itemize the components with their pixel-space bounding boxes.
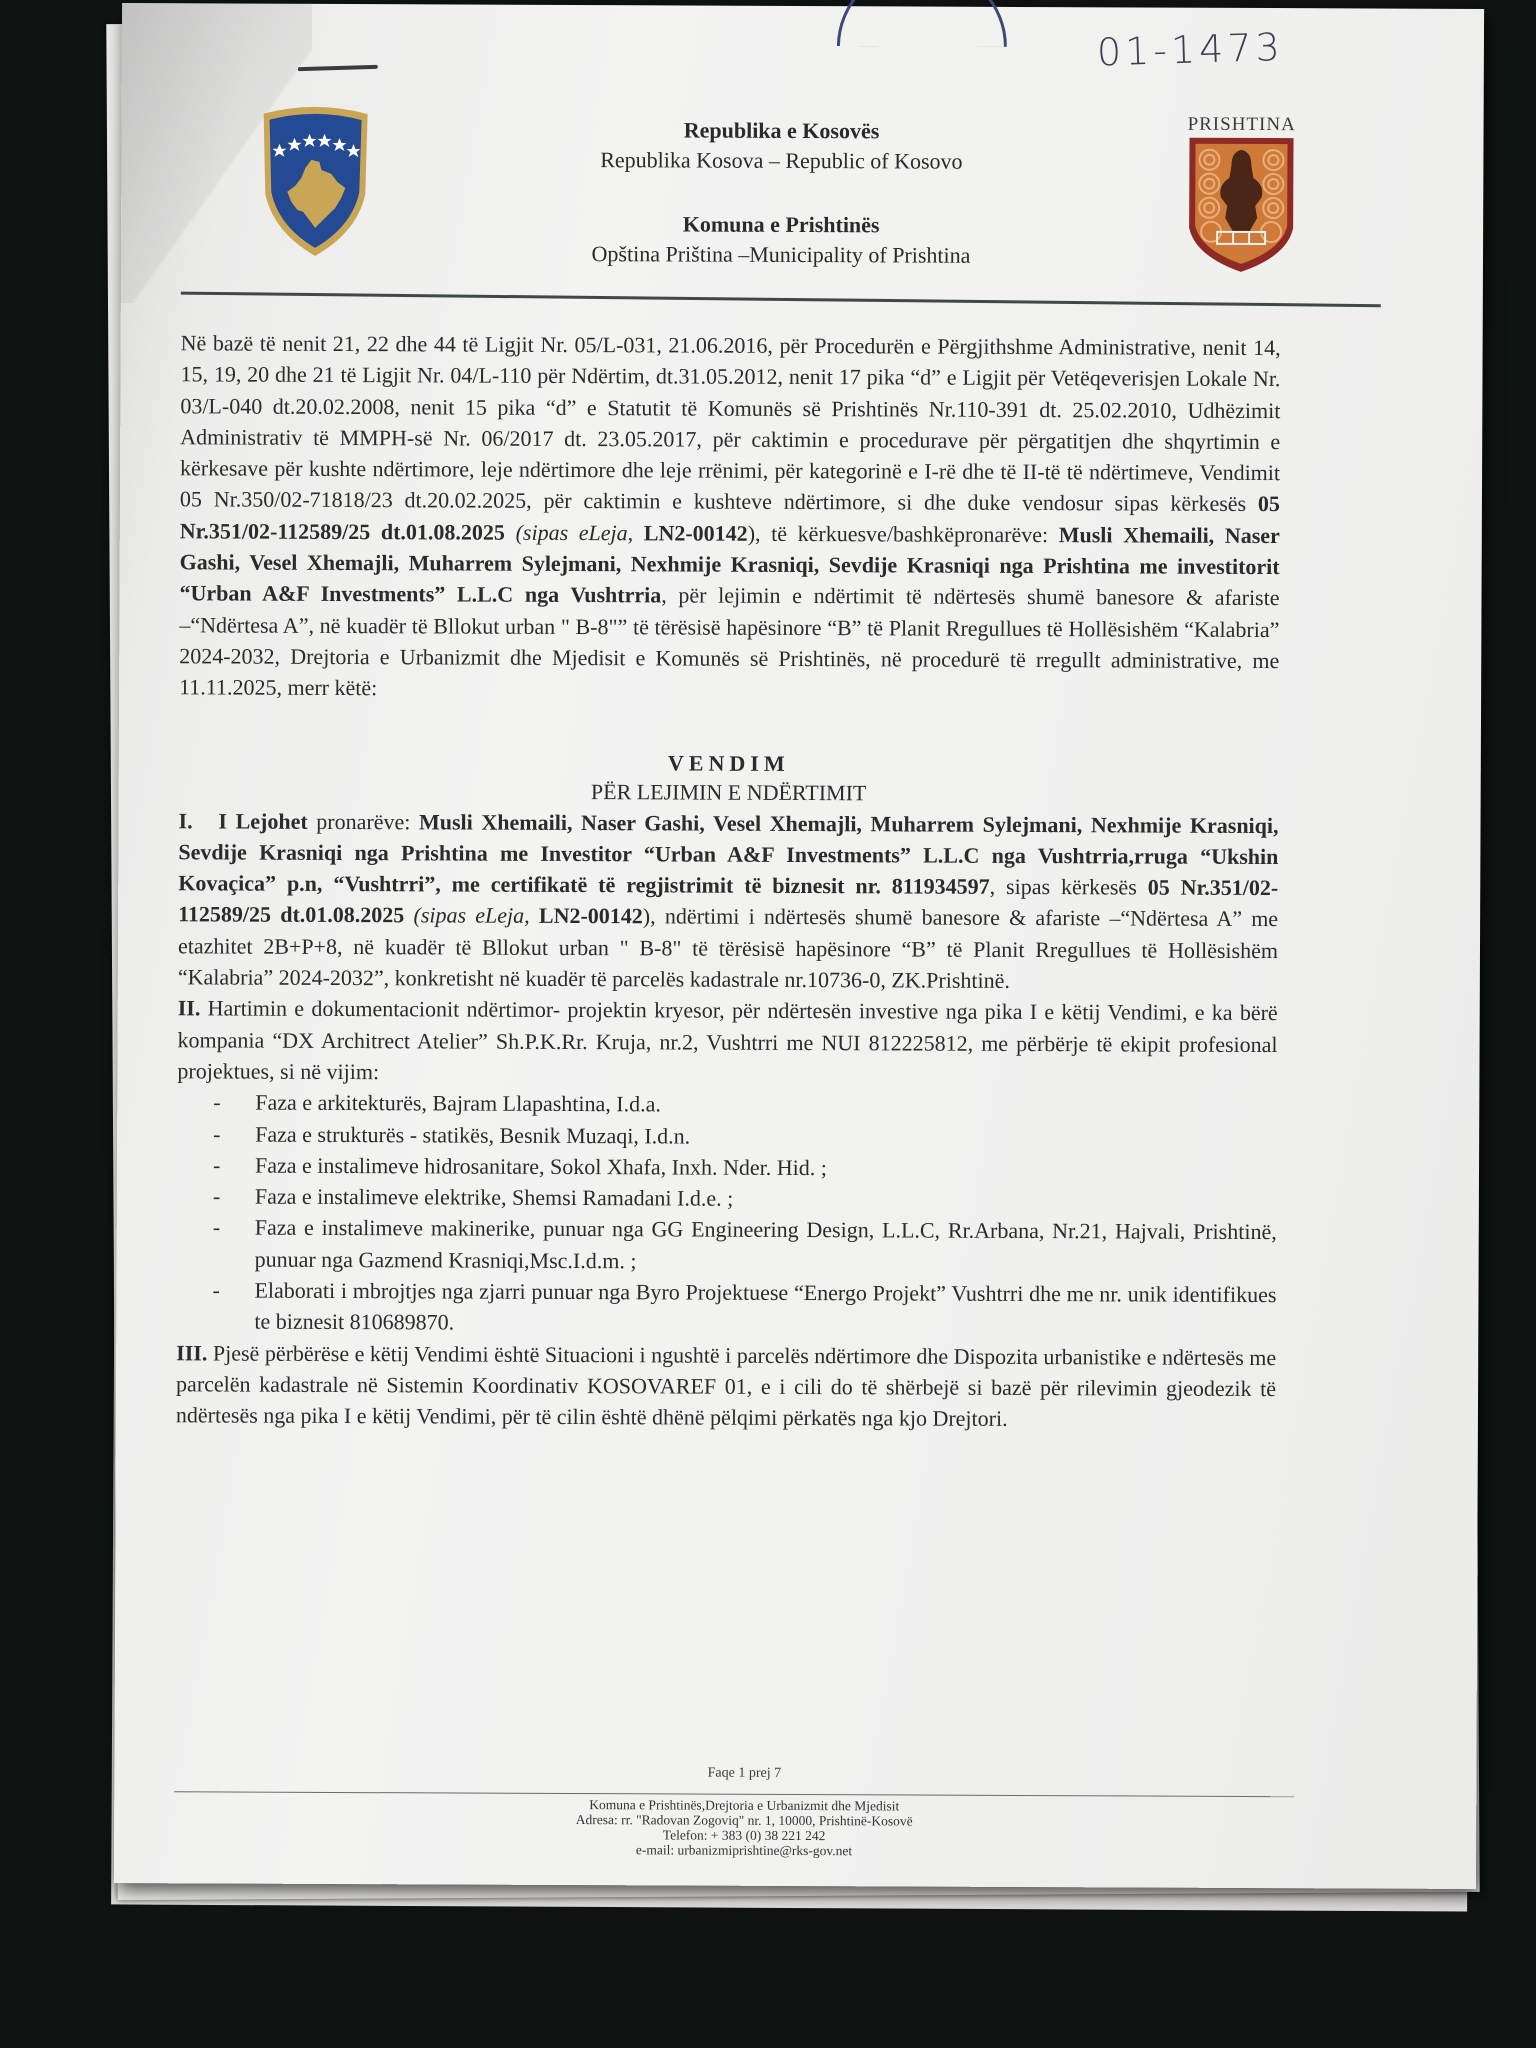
handwritten-number: 01-1473 [1096,25,1284,75]
list-item: Faza e instalimeve hidrosanitare, Sokol … [213,1149,1277,1185]
prishtina-logo-label: PRISHTINA [1188,114,1296,136]
preamble-paragraph: Në bazë të nenit 21, 22 dhe 44 të Ligjit… [179,327,1281,707]
eleja-code: LN2-00142 [644,520,748,545]
header-country-albanian: Republika e Kosovës [421,114,1141,147]
letterhead: Republika e Kosovës Republika Kosova – R… [421,114,1142,271]
document-page: REPUBLIKA E KOSOVËS · REPUBLIKA KOSOVA ·… [114,3,1484,1889]
list-item: Faza e strukturës - statikës, Besnik Muz… [213,1118,1277,1154]
footer: Komuna e Prishtinës,Drejtoria e Urbanizm… [114,1795,1374,1860]
list-item: Faza e arkitekturës, Bajram Llapashtina,… [213,1087,1277,1123]
list-item: Faza e instalimeve makinerike, punuar ng… [213,1212,1277,1279]
prishtina-coat-of-arms-icon: PRISHTINA [1187,114,1296,276]
official-stamp: REPUBLIKA E KOSOVËS · REPUBLIKA KOSOVA ·… [837,0,1007,47]
header-municipality-albanian: Komuna e Prishtinës [421,208,1141,241]
header-municipality-serbian-english: Opština Priština –Municipality of Prisht… [421,238,1141,271]
decision-subheading: PËR LEJIMIN E NDËRTIMIT [179,775,1279,810]
section-2: II. Hartimin e dokumentacionit ndërtimor… [177,993,1277,1092]
page-number: Faqe 1 prej 7 [114,1763,1374,1784]
header-country-serbian-english: Republika Kosova – Republic of Kosovo [421,144,1141,177]
section-1: I. I Lejohet pronarëve: Musli Xhemaili, … [178,805,1279,998]
list-item: Faza e instalimeve elektrike, Shemsi Ram… [213,1181,1277,1217]
kosovo-coat-of-arms-icon [257,104,374,261]
document-body: Në bazë të nenit 21, 22 dhe 44 të Ligjit… [176,327,1281,1435]
header-divider [181,292,1381,308]
decision-title: VENDIM PËR LEJIMIN E NDËRTIMIT [179,747,1279,810]
list-item: Elaborati i mbrojtjes nga zjarri punuar … [212,1274,1276,1341]
design-team-list: Faza e arkitekturës, Bajram Llapashtina,… [176,1087,1277,1342]
section-3: III. Pjesë përbërëse e këtij Vendimi ësh… [176,1337,1276,1436]
